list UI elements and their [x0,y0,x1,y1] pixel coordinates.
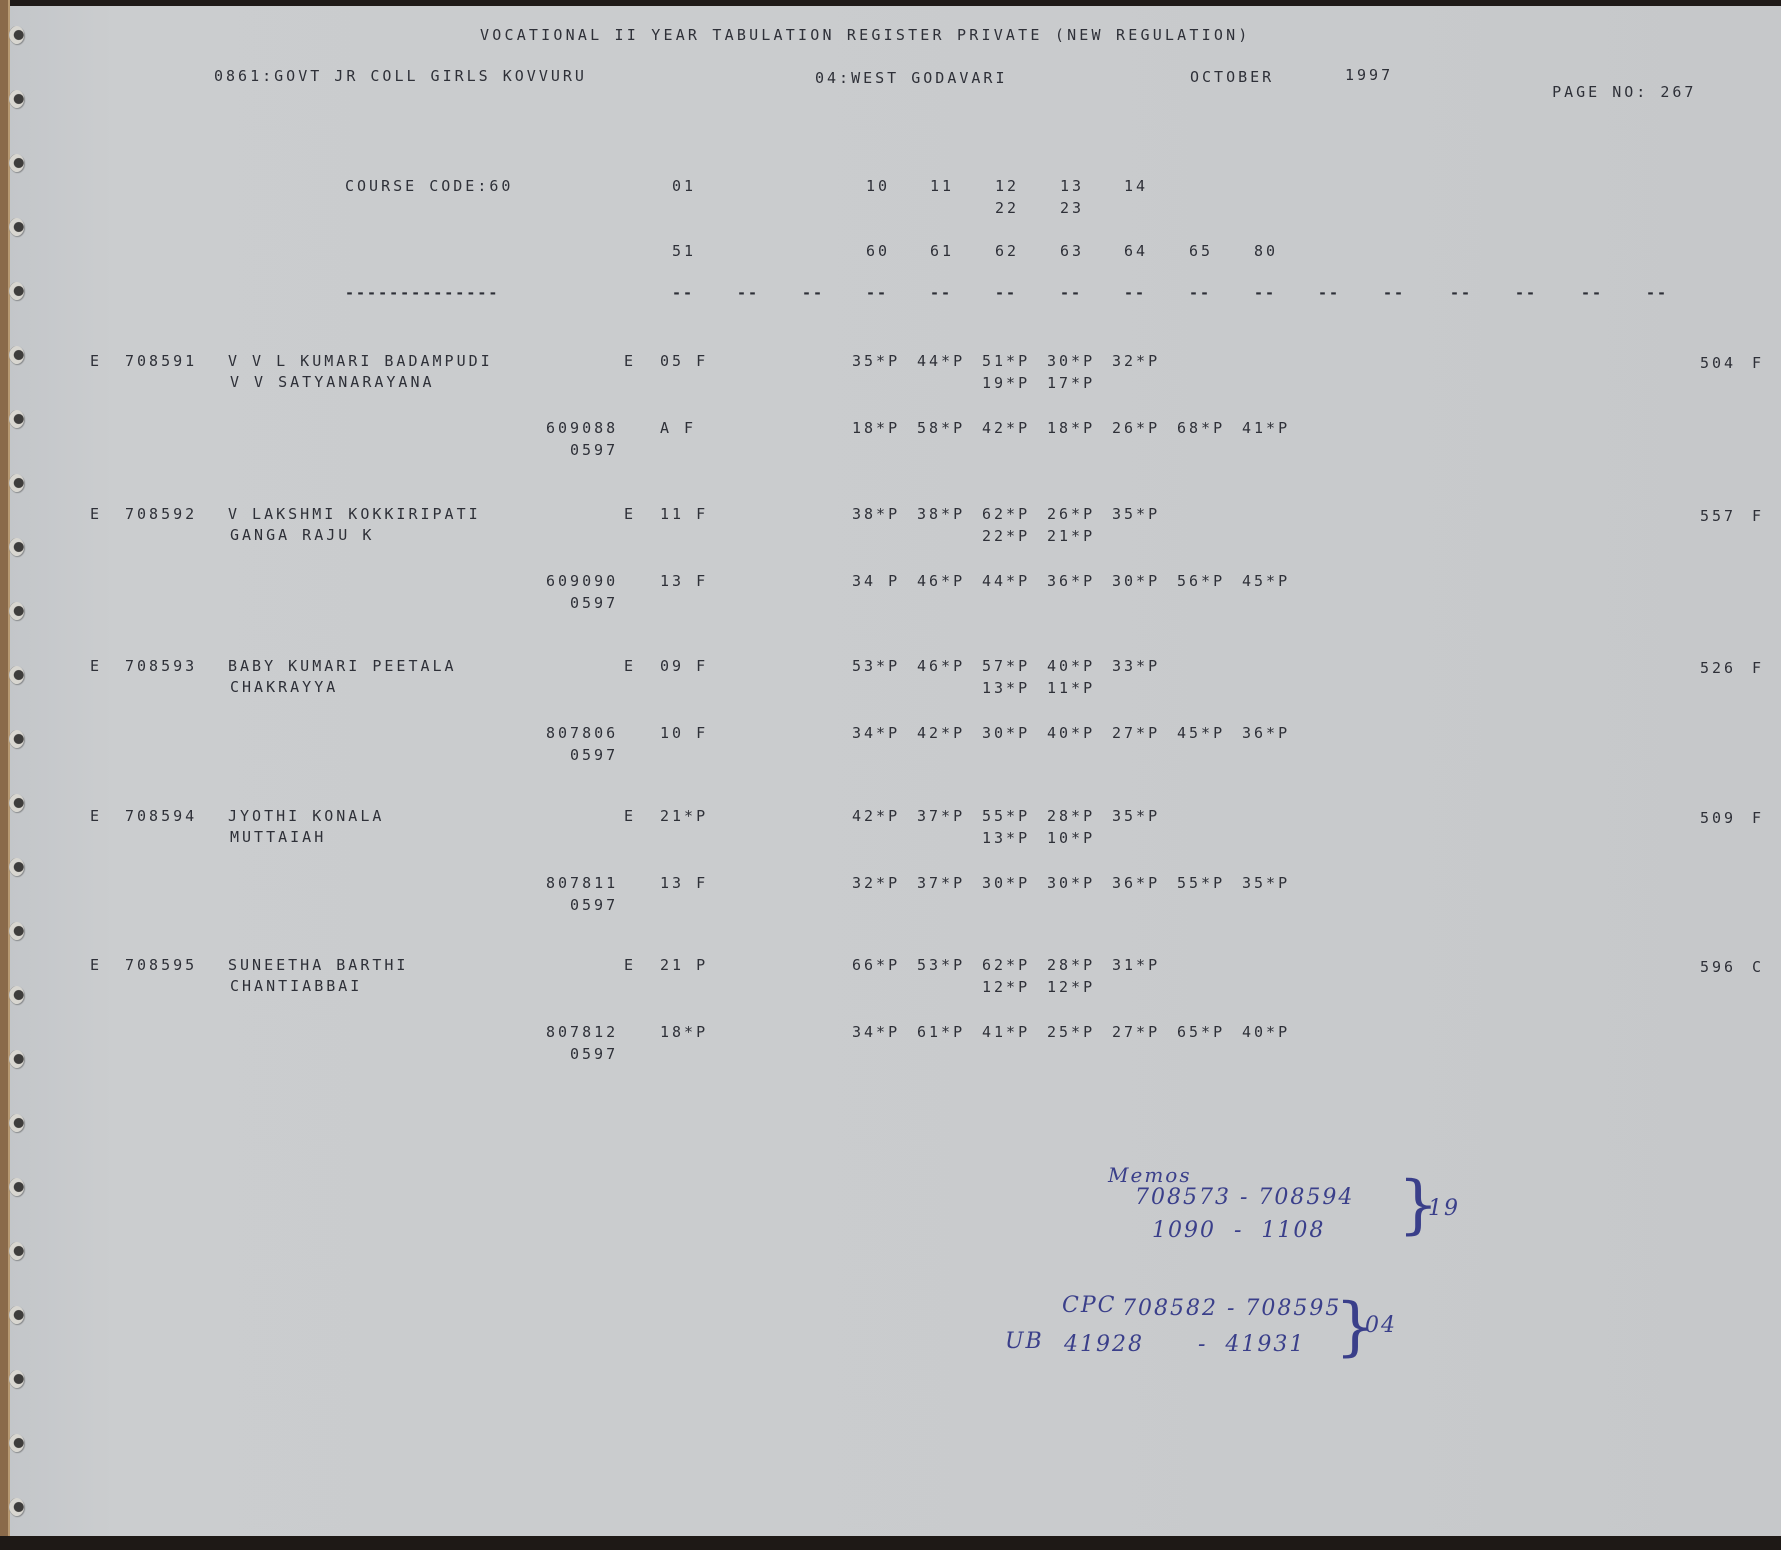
subject-code-alt: 22 [995,199,1019,217]
college-name: 0861:GOVT JR COLL GIRLS KOVVURU [214,67,587,85]
memos-serial-range: 1090 - 1108 [1152,1218,1325,1243]
subject-code-part2: 65 [1189,242,1213,260]
column-separator: -- [1581,284,1603,302]
final-result: F [1752,809,1764,827]
register-page [8,6,1781,1536]
subject-code: 10 [866,177,890,195]
part2-result: 10 F [660,724,708,742]
punch-hole-icon [9,90,24,108]
subject-mark-alt: 12*P [1047,978,1095,996]
part2-subject-mark: 27*P [1112,1023,1160,1041]
stream-code: E [90,657,102,675]
punch-hole-icon [9,986,24,1004]
punch-hole-icon [9,538,24,556]
part2-subject-mark: 41*P [1242,419,1290,437]
hall-ticket-number: 708593 [125,657,197,675]
part1-result: 05 F [660,352,708,370]
hall-ticket-number: 708591 [125,352,197,370]
subject-code: 13 [1060,177,1084,195]
exam-month: OCTOBER [1190,68,1274,86]
part2-subject-mark: 26*P [1112,419,1160,437]
previous-hall-ticket: 807811 [546,874,618,892]
cpc-label: CPC [1062,1293,1116,1318]
subject-code-part2: 61 [930,242,954,260]
subject-mark: 46*P [917,657,965,675]
punch-hole-icon [9,218,24,236]
part2-subject-mark: 55*P [1177,874,1225,892]
previous-session: 0597 [570,1045,618,1063]
subject-code-part2: 51 [672,242,696,260]
subject-mark: 35*P [1112,807,1160,825]
column-separator: -- [737,284,759,302]
total-marks: 509 [1700,809,1736,827]
subject-mark-alt: 11*P [1047,679,1095,697]
student-name: V V L KUMARI BADAMPUDI [228,352,493,370]
part2-subject-mark: 36*P [1047,572,1095,590]
page-label: PAGE NO: [1552,83,1648,101]
subject-code: 12 [995,177,1019,195]
subject-mark: 37*P [917,807,965,825]
part2-subject-mark: 45*P [1242,572,1290,590]
column-separator: -- [1189,284,1211,302]
subject-mark: 33*P [1112,657,1160,675]
exam-year: 1997 [1345,66,1393,84]
page-number: 267 [1660,83,1696,101]
subject-mark-alt: 17*P [1047,374,1095,392]
column-separator: -- [1318,284,1340,302]
part2-result: 13 F [660,874,708,892]
part1-result: 09 F [660,657,708,675]
subject-code-part2: 64 [1124,242,1148,260]
part2-subject-mark: 30*P [982,724,1030,742]
father-name: GANGA RAJU K [230,526,374,544]
part2-subject-mark: 34*P [852,1023,900,1041]
column-separator: -- [995,284,1017,302]
subject-mark: 30*P [1047,352,1095,370]
punch-hole-icon [9,1178,24,1196]
subject-code-part2: 62 [995,242,1019,260]
previous-session: 0597 [570,441,618,459]
column-separator: -- [802,284,824,302]
ub-range: 41928 - 41931 [1064,1332,1305,1357]
punch-hole-icon [9,474,24,492]
part2-subject-mark: 30*P [1112,572,1160,590]
course-code-label: COURSE CODE:60 [345,177,513,195]
subject-mark: 62*P [982,505,1030,523]
subject-mark: 28*P [1047,807,1095,825]
punch-hole-icon [9,282,24,300]
part2-subject-mark: 68*P [1177,419,1225,437]
part2-subject-mark: 37*P [917,874,965,892]
hall-ticket-number: 708594 [125,807,197,825]
part2-subject-mark: 56*P [1177,572,1225,590]
punch-hole-icon [9,1306,24,1324]
column-separator: -- [1646,284,1668,302]
subject-code-part2: 63 [1060,242,1084,260]
column-separator: -- [1515,284,1537,302]
part2-subject-mark: 30*P [982,874,1030,892]
cpc-range: 708582 - 708595 [1122,1296,1341,1321]
subject-code: 11 [930,177,954,195]
final-result: F [1752,507,1764,525]
subject-mark: 51*P [982,352,1030,370]
punch-hole-icon [9,858,24,876]
column-separator: -- [1124,284,1146,302]
part2-subject-mark: 36*P [1242,724,1290,742]
subject-mark-alt: 21*P [1047,527,1095,545]
part2-subject-mark: 18*P [852,419,900,437]
previous-hall-ticket: 609088 [546,419,618,437]
subject-mark: 53*P [917,956,965,974]
punch-hole-icon [9,922,24,940]
punch-hole-icon [9,410,24,428]
punch-hole-icon [9,1242,24,1260]
part2-subject-mark: 46*P [917,572,965,590]
part2-subject-mark: 65*P [1177,1023,1225,1041]
ub-label: UB [1005,1329,1044,1354]
subject-mark: 57*P [982,657,1030,675]
column-separator: -- [1254,284,1276,302]
course-label-underline: -------------- [345,284,499,302]
total-marks: 526 [1700,659,1736,677]
hall-ticket-number: 708592 [125,505,197,523]
part2-subject-mark: 42*P [917,724,965,742]
previous-session: 0597 [570,896,618,914]
medium-code: E [624,657,636,675]
subject-mark: 38*P [917,505,965,523]
part2-subject-mark: 41*P [982,1023,1030,1041]
subject-mark-alt: 12*P [982,978,1030,996]
subject-mark: 28*P [1047,956,1095,974]
punch-hole-icon [9,730,24,748]
subject-mark-alt: 13*P [982,679,1030,697]
part2-subject-mark: 35*P [1242,874,1290,892]
subject-code-part2: 80 [1254,242,1278,260]
stream-code: E [90,956,102,974]
punch-hole-icon [9,602,24,620]
stream-code: E [90,505,102,523]
total-marks: 557 [1700,507,1736,525]
student-name: JYOTHI KONALA [228,807,384,825]
father-name: V V SATYANARAYANA [230,373,435,391]
part2-subject-mark: 45*P [1177,724,1225,742]
part1-result: 21 P [660,956,708,974]
cpc-count: 04 [1365,1313,1397,1338]
punch-hole-icon [9,346,24,364]
stream-code: E [90,807,102,825]
subject-mark: 32*P [1112,352,1160,370]
part2-subject-mark: 27*P [1112,724,1160,742]
column-separator: -- [866,284,888,302]
father-name: CHAKRAYYA [230,678,338,696]
part2-subject-mark: 34*P [852,724,900,742]
subject-mark: 31*P [1112,956,1160,974]
father-name: MUTTAIAH [230,828,326,846]
previous-hall-ticket: 807812 [546,1023,618,1041]
register-title: VOCATIONAL II YEAR TABULATION REGISTER P… [480,26,1251,44]
part2-subject-mark: 44*P [982,572,1030,590]
final-result: C [1752,958,1764,976]
part2-result: 18*P [660,1023,708,1041]
part2-subject-mark: 61*P [917,1023,965,1041]
part1-result: 21*P [660,807,708,825]
punch-hole-icon [9,1434,24,1452]
medium-code: E [624,807,636,825]
subject-code: 01 [672,177,696,195]
previous-session: 0597 [570,594,618,612]
memos-range: 708573 - 708594 [1135,1185,1354,1210]
subject-mark: 38*P [852,505,900,523]
punch-hole-icon [9,154,24,172]
punch-hole-icon [9,666,24,684]
part2-subject-mark: 36*P [1112,874,1160,892]
father-name: CHANTIABBAI [230,977,362,995]
part2-subject-mark: 40*P [1047,724,1095,742]
part2-result: A F [660,419,696,437]
part2-subject-mark: 58*P [917,419,965,437]
part2-subject-mark: 34 P [852,572,900,590]
subject-mark: 35*P [1112,505,1160,523]
subject-code: 14 [1124,177,1148,195]
hall-ticket-number: 708595 [125,956,197,974]
subject-mark-alt: 19*P [982,374,1030,392]
subject-mark: 44*P [917,352,965,370]
subject-mark-alt: 13*P [982,829,1030,847]
punch-hole-icon [9,794,24,812]
part2-subject-mark: 30*P [1047,874,1095,892]
subject-mark: 26*P [1047,505,1095,523]
column-separator: -- [930,284,952,302]
medium-code: E [624,956,636,974]
column-separator: -- [1060,284,1082,302]
subject-mark-alt: 22*P [982,527,1030,545]
subject-code-part2: 60 [866,242,890,260]
page-number-label: PAGE NO: 267 [1528,65,1696,101]
subject-code-alt: 23 [1060,199,1084,217]
student-name: BABY KUMARI PEETALA [228,657,457,675]
subject-mark: 66*P [852,956,900,974]
column-separator: -- [1383,284,1405,302]
part2-result: 13 F [660,572,708,590]
punch-hole-icon [9,1114,24,1132]
page-bottom-edge [0,1536,1781,1550]
memos-label: Memos [1108,1163,1192,1187]
column-separator: -- [672,284,694,302]
subject-mark-alt: 10*P [1047,829,1095,847]
subject-mark: 42*P [852,807,900,825]
part2-subject-mark: 42*P [982,419,1030,437]
previous-hall-ticket: 609090 [546,572,618,590]
stream-code: E [90,352,102,370]
district-name: 04:WEST GODAVARI [815,69,1008,87]
memos-count: 19 [1428,1196,1460,1221]
previous-hall-ticket: 807806 [546,724,618,742]
part2-subject-mark: 32*P [852,874,900,892]
previous-session: 0597 [570,746,618,764]
subject-mark: 55*P [982,807,1030,825]
subject-mark: 40*P [1047,657,1095,675]
binder-edge [0,0,8,1550]
subject-mark: 35*P [852,352,900,370]
punch-hole-icon [9,1370,24,1388]
student-name: V LAKSHMI KOKKIRIPATI [228,505,481,523]
final-result: F [1752,659,1764,677]
punch-hole-icon [9,26,24,44]
column-separator: -- [1450,284,1472,302]
part2-subject-mark: 40*P [1242,1023,1290,1041]
total-marks: 504 [1700,354,1736,372]
part2-subject-mark: 18*P [1047,419,1095,437]
medium-code: E [624,505,636,523]
subject-mark: 62*P [982,956,1030,974]
final-result: F [1752,354,1764,372]
punch-hole-icon [9,1050,24,1068]
part1-result: 11 F [660,505,708,523]
total-marks: 596 [1700,958,1736,976]
medium-code: E [624,352,636,370]
part2-subject-mark: 25*P [1047,1023,1095,1041]
subject-mark: 53*P [852,657,900,675]
student-name: SUNEETHA BARTHI [228,956,408,974]
punch-hole-icon [9,1498,24,1516]
